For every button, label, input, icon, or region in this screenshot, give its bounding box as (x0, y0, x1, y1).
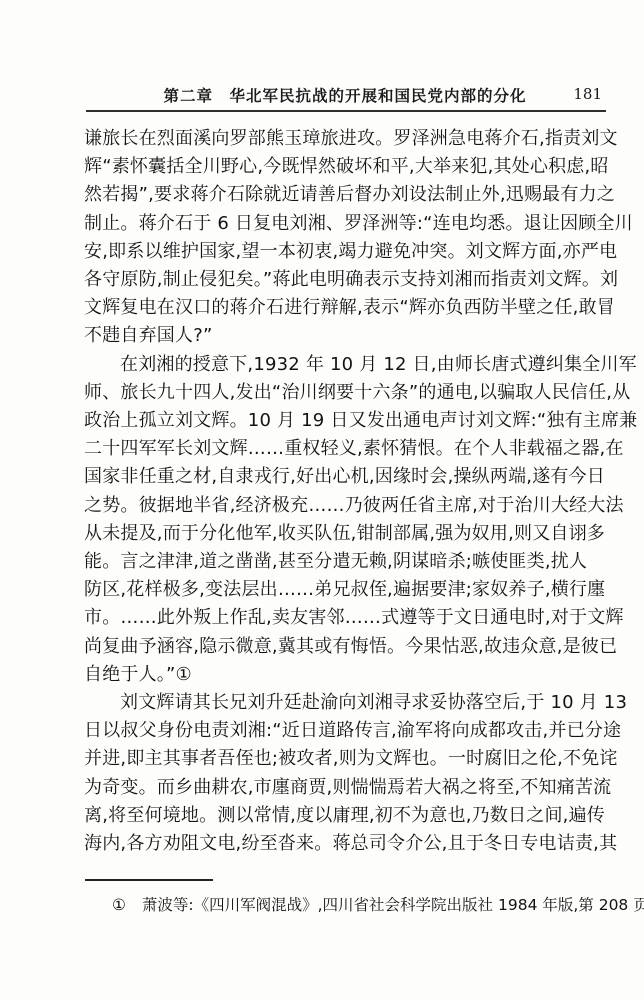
text-line: 为奇变。而乡曲耕农,市廛商贾,则惴惴焉若大祸之将至,不知痛苦流 (84, 774, 614, 802)
text-line: 并进,即主其事者吾侄也;被攻者,则为文辉也。一时腐旧之伦,不免诧 (84, 745, 614, 773)
footnote-marker: ① (112, 893, 126, 917)
text-line: 文辉复电在汉口的蒋介石进行辩解,表示“辉亦负西防半壁之任,敢冒 (84, 294, 614, 322)
text-line: 日以叔父身份电责刘湘:“近日道路传言,渝军将向成都攻击,并已分途 (84, 717, 614, 745)
text-line: 离,将至何境地。测以常情,度以庸理,初不为意也,乃数日之间,遍传 (84, 802, 614, 830)
text-line: 各守原防,制止侵犯矣。”蒋此电明确表示支持刘湘而指责刘文辉。刘 (84, 266, 614, 294)
text-line: 海内,各方劝阻文电,纷至沓来。蒋总司令介公,且于冬日专电诘责,其 (84, 830, 614, 858)
text-line: 自绝于人。”① (84, 661, 614, 689)
header-rule (86, 110, 606, 112)
footnote-text: 萧波等:《四川军阀混战》,四川省社会科学院出版社 1984 年版,第 208 页… (142, 893, 644, 917)
text-line: 政治上孤立刘文辉。10 月 19 日又发出通电声讨刘文辉:“独有主席兼 (84, 407, 614, 435)
text-line: 之势。彼据地半省,经济极充……乃彼两任省主席,对于治川大经大法 (84, 492, 614, 520)
text-line: 谦旅长在烈面溪向罗部熊玉璋旅进攻。罗泽洲急电蒋介石,指责刘文 (84, 125, 614, 153)
text-line: 国家非任重之材,自隶戎行,好出心机,因缘时会,操纵两端,遂有今日 (84, 463, 614, 491)
footnote-separator (85, 879, 213, 881)
text-line: 不韪自弃国人?” (84, 322, 614, 350)
running-head: 第二章 华北军民抗战的开展和国民党内部的分化 181 (84, 84, 606, 106)
text-line-paragraph-start: 在刘湘的授意下,1932 年 10 月 12 日,由师长唐式遵纠集全川军 (84, 351, 614, 379)
text-line: 二十四军军长刘文辉……重权轻义,素怀猜恨。在个人非载福之器,在 (84, 435, 614, 463)
text-line: 尚复曲予涵容,隐示微意,冀其或有悔悟。今果怙恶,故违众意,是彼已 (84, 633, 614, 661)
text-line: 防区,花样极多,变法层出……弟兄叔侄,遍据要津;家奴养子,横行廛 (84, 576, 614, 604)
text-line: 然若揭”,要求蒋介石除就近请善后督办刘设法制止外,迅赐最有力之 (84, 181, 614, 209)
body-text: 谦旅长在烈面溪向罗部熊玉璋旅进攻。罗泽洲急电蒋介石,指责刘文 辉“素怀囊括全川野… (84, 125, 614, 858)
footnote: ① 萧波等:《四川军阀混战》,四川省社会科学院出版社 1984 年版,第 208… (112, 893, 618, 917)
page-number: 181 (573, 85, 602, 103)
text-line: 从未提及,而于分化他军,收买队伍,钳制部属,强为奴用,则又自诩多 (84, 520, 614, 548)
chapter-title: 第二章 华北军民抗战的开展和国民党内部的分化 (84, 84, 606, 106)
text-line-paragraph-start: 刘文辉请其长兄刘升廷赴渝向刘湘寻求妥协落空后,于 10 月 13 (84, 689, 614, 717)
book-page: 第二章 华北军民抗战的开展和国民党内部的分化 181 谦旅长在烈面溪向罗部熊玉璋… (0, 0, 644, 1000)
text-line: 制止。蒋介石于 6 日复电刘湘、罗泽洲等:“连电均悉。退让因顾全川 (84, 210, 614, 238)
text-line: 安,即系以维护国家,望一本初衷,竭力避免冲突。刘文辉方面,亦严电 (84, 238, 614, 266)
text-line: 市。……此外叛上作乱,卖友害邻……式遵等于文日通电时,对于文辉 (84, 604, 614, 632)
text-line: 辉“素怀囊括全川野心,今既悍然破坏和平,大举来犯,其处心积虑,昭 (84, 153, 614, 181)
text-line: 师、旅长九十四人,发出“治川纲要十六条”的通电,以骗取人民信任,从 (84, 379, 614, 407)
text-line: 能。言之津津,道之凿凿,甚至分遣无赖,阴谋暗杀;嗾使匪类,扰人 (84, 548, 614, 576)
